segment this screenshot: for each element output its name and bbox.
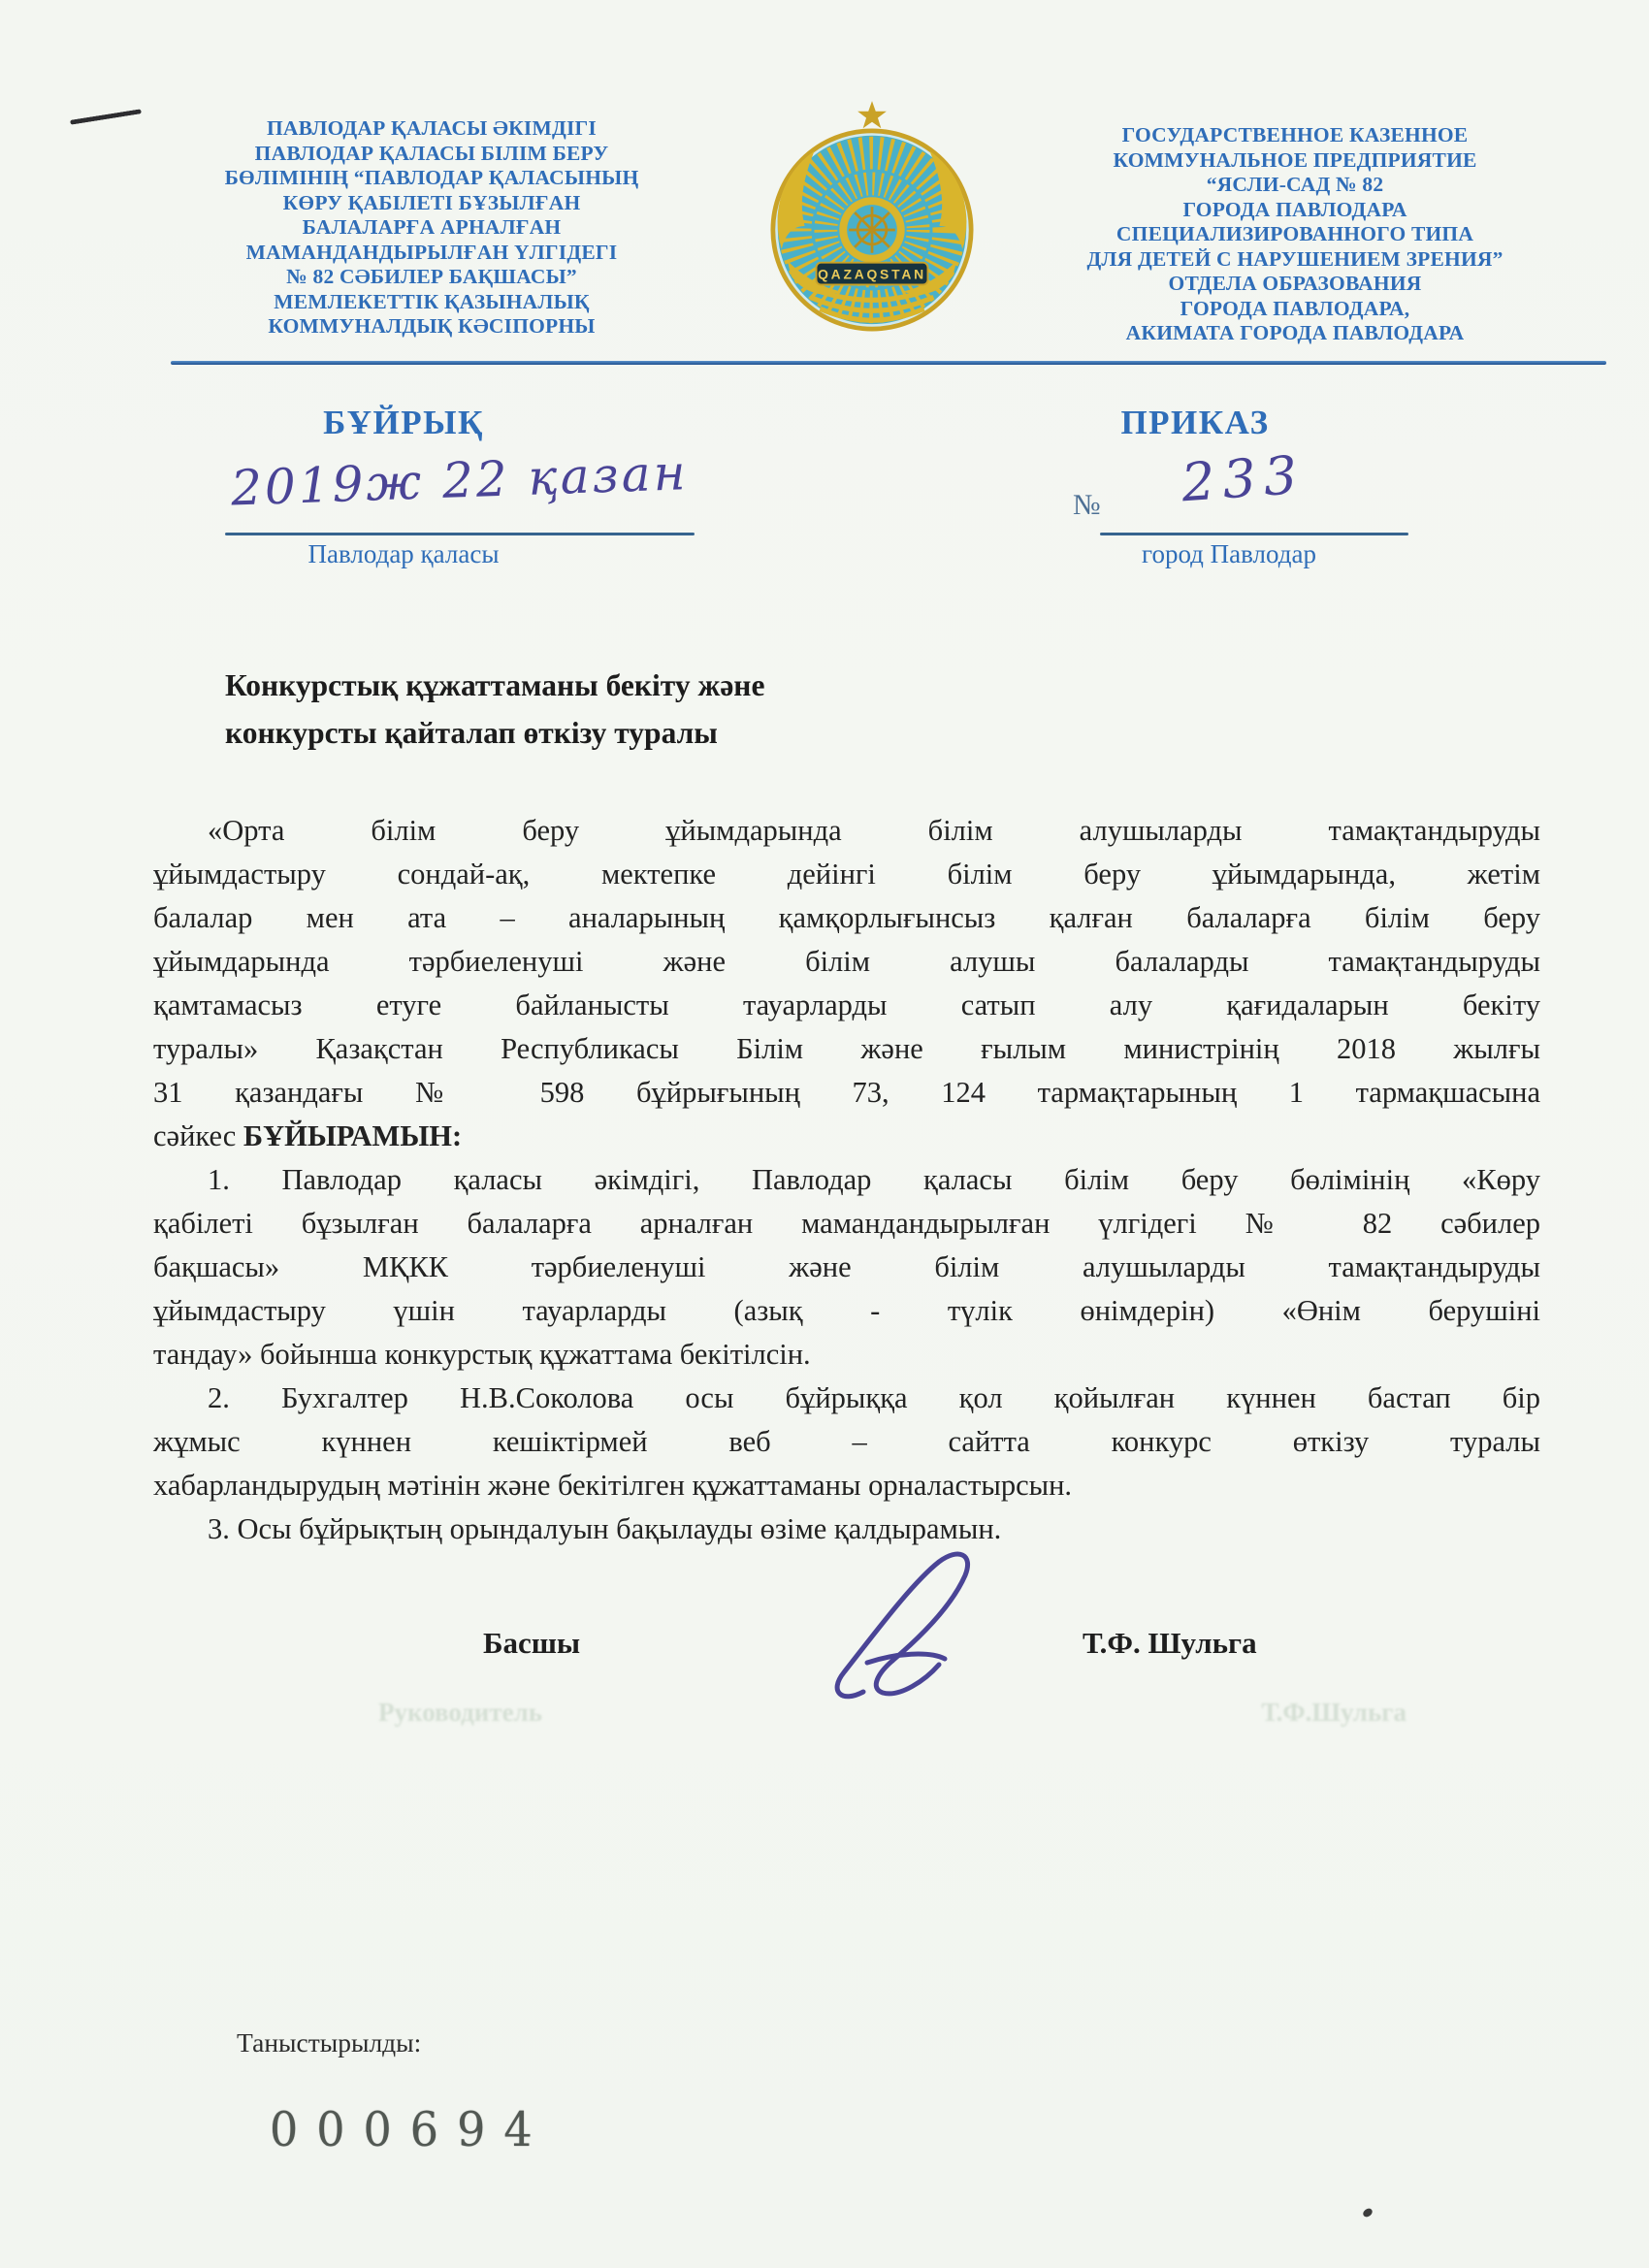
text-line: АКИМАТА ГОРОДА ПАВЛОДАРА [1015, 321, 1575, 346]
text-line: бақшасы» МҚКК тәрбиеленуші және білім ал… [153, 1246, 1540, 1289]
emblem-banner-text: QAZAQSTAN [818, 267, 926, 282]
org-name-russian: ГОСУДАРСТВЕННОЕ КАЗЕННОЕКОММУНАЛЬНОЕ ПРЕ… [1015, 123, 1575, 346]
text-line: № 82 СӘБИЛЕР БАҚШАСЫ” [155, 265, 708, 290]
order-body: «Орта білім беру ұйымдарында білім алушы… [153, 809, 1540, 1551]
shanyrak-icon [849, 207, 895, 253]
text-line: МЕМЛЕКЕТТІК ҚАЗЫНАЛЫҚ [155, 290, 708, 315]
ghost-countersignature: Руководитель Т.Ф.Шульга [378, 1698, 1406, 1728]
number-underline [1100, 533, 1408, 535]
text-line: ГОСУДАРСТВЕННОЕ КАЗЕННОЕ [1015, 123, 1575, 148]
text-line: 1. Павлодар қаласы әкімдігі, Павлодар қа… [153, 1158, 1540, 1202]
ghost-name: Т.Ф.Шульга [1261, 1698, 1406, 1728]
text-line: ұйымдарында тәрбиеленуші және білім алуш… [153, 940, 1540, 984]
text-line: 31 қазандағы № 598 бұйрығының 73, 124 та… [153, 1071, 1540, 1115]
number-sign: № [1073, 489, 1101, 522]
text-line: ГОРОДА ПАВЛОДАРА, [1015, 297, 1575, 322]
header-divider [171, 361, 1606, 365]
text-line: хабарландырудың мәтінін және бекітілген … [153, 1464, 1540, 1507]
order-title-russian: ПРИКАЗ [1050, 404, 1341, 442]
text-line: ПАВЛОДАР ҚАЛАСЫ БІЛІМ БЕРУ [155, 142, 708, 167]
scanned-order-document: ПАВЛОДАР ҚАЛАСЫ ӘКІМДІГІПАВЛОДАР ҚАЛАСЫ … [0, 0, 1649, 2268]
text-line: тандау» бойынша конкурстық құжаттама бек… [153, 1333, 1540, 1377]
text-line: КОММУНАЛЬНОЕ ПРЕДПРИЯТИЕ [1015, 148, 1575, 174]
order-point-1: 1. Павлодар қаласы әкімдігі, Павлодар қа… [153, 1158, 1540, 1377]
ink-speck-artifact [1362, 2207, 1374, 2219]
acquainted-label: Таныстырылды: [237, 2027, 421, 2058]
text-line: сәйкес БҰЙЫРАМЫН: [153, 1115, 1540, 1158]
signer-name: Т.Ф. Шульга [1083, 1626, 1257, 1661]
handwritten-date: 2019ж 22 қазан [230, 443, 707, 516]
text-line: ОТДЕЛА ОБРАЗОВАНИЯ [1015, 272, 1575, 297]
text-line: КОММУНАЛДЫҚ КӘСІПОРНЫ [155, 314, 708, 340]
order-title-kazakh: БҰЙРЫҚ [239, 404, 568, 442]
place-kazakh: Павлодар қаласы [239, 539, 568, 569]
handwritten-order-number: 233 [1180, 444, 1307, 514]
ghost-position: Руководитель [378, 1698, 542, 1728]
text-line: 2. Бухгалтер Н.В.Соколова осы бұйрыққа қ… [153, 1377, 1540, 1420]
text-line: қамтамасыз етуге байланысты тауарларды с… [153, 984, 1540, 1027]
text-line: ұйымдастыру сондай-ақ, мектепке дейінгі … [153, 853, 1540, 896]
pen-mark-artifact [70, 109, 142, 125]
preamble-paragraph: «Орта білім беру ұйымдарында білім алушы… [153, 809, 1540, 1158]
text-line: Конкурстық құжаттаманы бекіту және [225, 662, 1098, 709]
text-line: конкурсты қайталап өткізу туралы [225, 709, 1098, 757]
text-line: СПЕЦИАЛИЗИРОВАННОГО ТИПА [1015, 222, 1575, 247]
text-line: ПАВЛОДАР ҚАЛАСЫ ӘКІМДІГІ [155, 116, 708, 142]
star-icon [857, 101, 887, 128]
org-name-kazakh: ПАВЛОДАР ҚАЛАСЫ ӘКІМДІГІПАВЛОДАР ҚАЛАСЫ … [155, 116, 708, 340]
place-russian: город Павлодар [1050, 539, 1408, 569]
text-line: КӨРУ ҚАБІЛЕТІ БҰЗЫЛҒАН [155, 191, 708, 216]
emblem-svg: QAZAQSTAN [757, 99, 987, 353]
text-line: БАЛАЛАРҒА АРНАЛҒАН [155, 215, 708, 241]
text-line: қабілеті бұзылған балаларға арналған мам… [153, 1202, 1540, 1246]
kazakhstan-emblem-icon: QAZAQSTAN [757, 99, 987, 353]
order-point-2: 2. Бухгалтер Н.В.Соколова осы бұйрыққа қ… [153, 1377, 1540, 1507]
text-line: ДЛЯ ДЕТЕЙ С НАРУШЕНИЕМ ЗРЕНИЯ” [1015, 247, 1575, 273]
registration-stamp-number: 000694 [270, 2101, 551, 2156]
text-line: ұйымдастыру үшін тауарларды (азық - түлі… [153, 1289, 1540, 1333]
date-underline [225, 533, 695, 535]
text-line: БӨЛІМІНІҢ “ПАВЛОДАР ҚАЛАСЫНЫҢ [155, 166, 708, 191]
text-line: туралы» Қазақстан Республикасы Білім жән… [153, 1027, 1540, 1071]
text-line: МАМАНДАНДЫРЫЛҒАН ҮЛГІДЕГІ [155, 241, 708, 266]
text-line: ГОРОДА ПАВЛОДАРА [1015, 198, 1575, 223]
order-subject: Конкурстық құжаттаманы бекіту жәнеконкур… [225, 662, 1098, 757]
text-line: «Орта білім беру ұйымдарында білім алушы… [153, 809, 1540, 853]
text-line: “ЯСЛИ-САД № 82 [1015, 173, 1575, 198]
text-line: жұмыс күннен кешіктірмей веб – сайтта ко… [153, 1420, 1540, 1464]
text-line: балалар мен ата – аналарының қамқорлығын… [153, 896, 1540, 940]
signer-position-title: Басшы [483, 1626, 580, 1661]
